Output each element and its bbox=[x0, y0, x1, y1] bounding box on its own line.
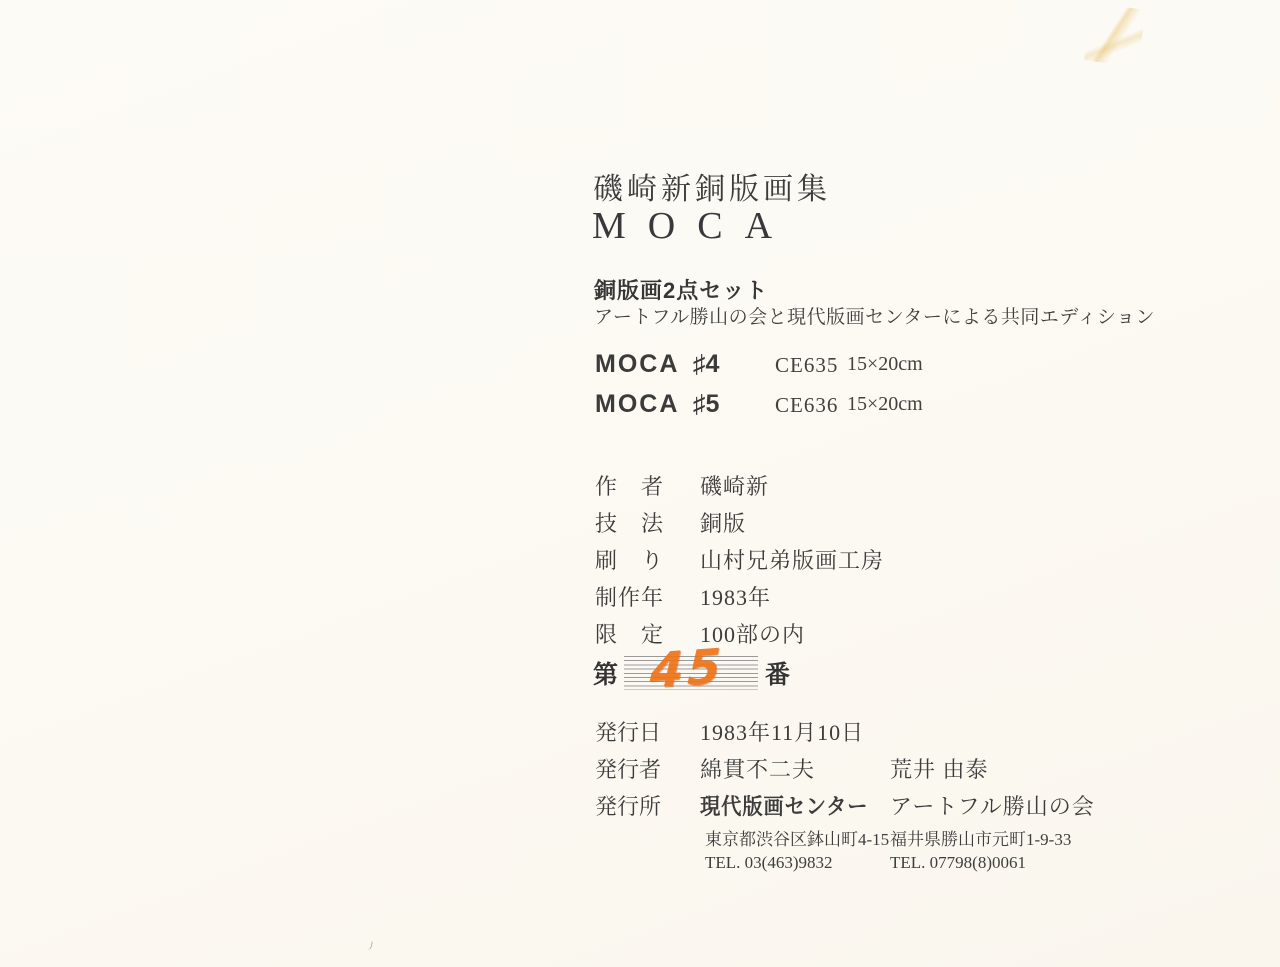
pub-label-publisher: 発行者 bbox=[595, 753, 661, 784]
colophon-page: 磯崎新銅版画集 MOCA 銅版画2点セット アートフル勝山の会と現代版画センター… bbox=[0, 0, 1280, 967]
work-number: ♯4 bbox=[693, 350, 719, 379]
set-heading: 銅版画2点セット bbox=[594, 274, 768, 305]
pub-value-office-1: 現代版画センター bbox=[700, 790, 868, 821]
work-name: MOCA bbox=[595, 390, 679, 419]
work-size: 15×20cm bbox=[847, 393, 923, 416]
handwritten-edition-number: 45 bbox=[649, 638, 726, 699]
work-code: CE636 bbox=[775, 393, 838, 418]
pub-value-date: 1983年11月10日 bbox=[700, 716, 864, 747]
pub-label-date: 発行日 bbox=[595, 716, 661, 747]
scan-smudge bbox=[1084, 3, 1146, 68]
phone-line: TEL. 07798(8)0061 bbox=[890, 851, 1071, 874]
detail-value-year: 1983年 bbox=[700, 581, 771, 612]
work-name: MOCA bbox=[595, 350, 679, 379]
detail-label-printing: 刷 り bbox=[595, 544, 664, 575]
work-size: 15×20cm bbox=[847, 353, 923, 376]
series-title: 磯崎新銅版画集 bbox=[593, 164, 831, 208]
address-line: 東京都渋谷区鉢山町4-15 bbox=[705, 828, 889, 851]
phone-line: TEL. 03(463)9832 bbox=[705, 851, 889, 874]
set-subheading: アートフル勝山の会と現代版画センターによる共同エディション bbox=[594, 302, 1155, 329]
scan-artifact bbox=[367, 941, 373, 951]
address-tokyo: 東京都渋谷区鉢山町4-15 TEL. 03(463)9832 bbox=[705, 828, 889, 874]
detail-label-author: 作 者 bbox=[595, 470, 664, 501]
work-row: MOCA ♯5 CE636 15×20cm bbox=[595, 390, 1015, 422]
detail-value-printing: 山村兄弟版画工房 bbox=[700, 544, 884, 575]
detail-label-technique: 技 法 bbox=[595, 507, 664, 538]
detail-value-author: 磯崎新 bbox=[700, 470, 769, 501]
work-number: ♯5 bbox=[693, 390, 719, 419]
pub-value-publisher-1: 綿貫不二夫 bbox=[700, 753, 815, 784]
edition-prefix: 第 bbox=[593, 655, 618, 691]
pub-label-office: 発行所 bbox=[595, 790, 661, 821]
page-title: MOCA bbox=[592, 204, 794, 248]
detail-label-year: 制作年 bbox=[595, 581, 664, 612]
edition-suffix: 番 bbox=[765, 655, 790, 691]
work-row: MOCA ♯4 CE635 15×20cm bbox=[595, 350, 1015, 382]
pub-value-office-2: アートフル勝山の会 bbox=[890, 790, 1095, 821]
detail-value-technique: 銅版 bbox=[700, 507, 746, 538]
address-fukui: 福井県勝山市元町1-9-33 TEL. 07798(8)0061 bbox=[890, 828, 1071, 874]
work-code: CE635 bbox=[775, 353, 838, 378]
pub-value-publisher-2: 荒井 由泰 bbox=[890, 753, 989, 784]
address-line: 福井県勝山市元町1-9-33 bbox=[890, 828, 1071, 851]
